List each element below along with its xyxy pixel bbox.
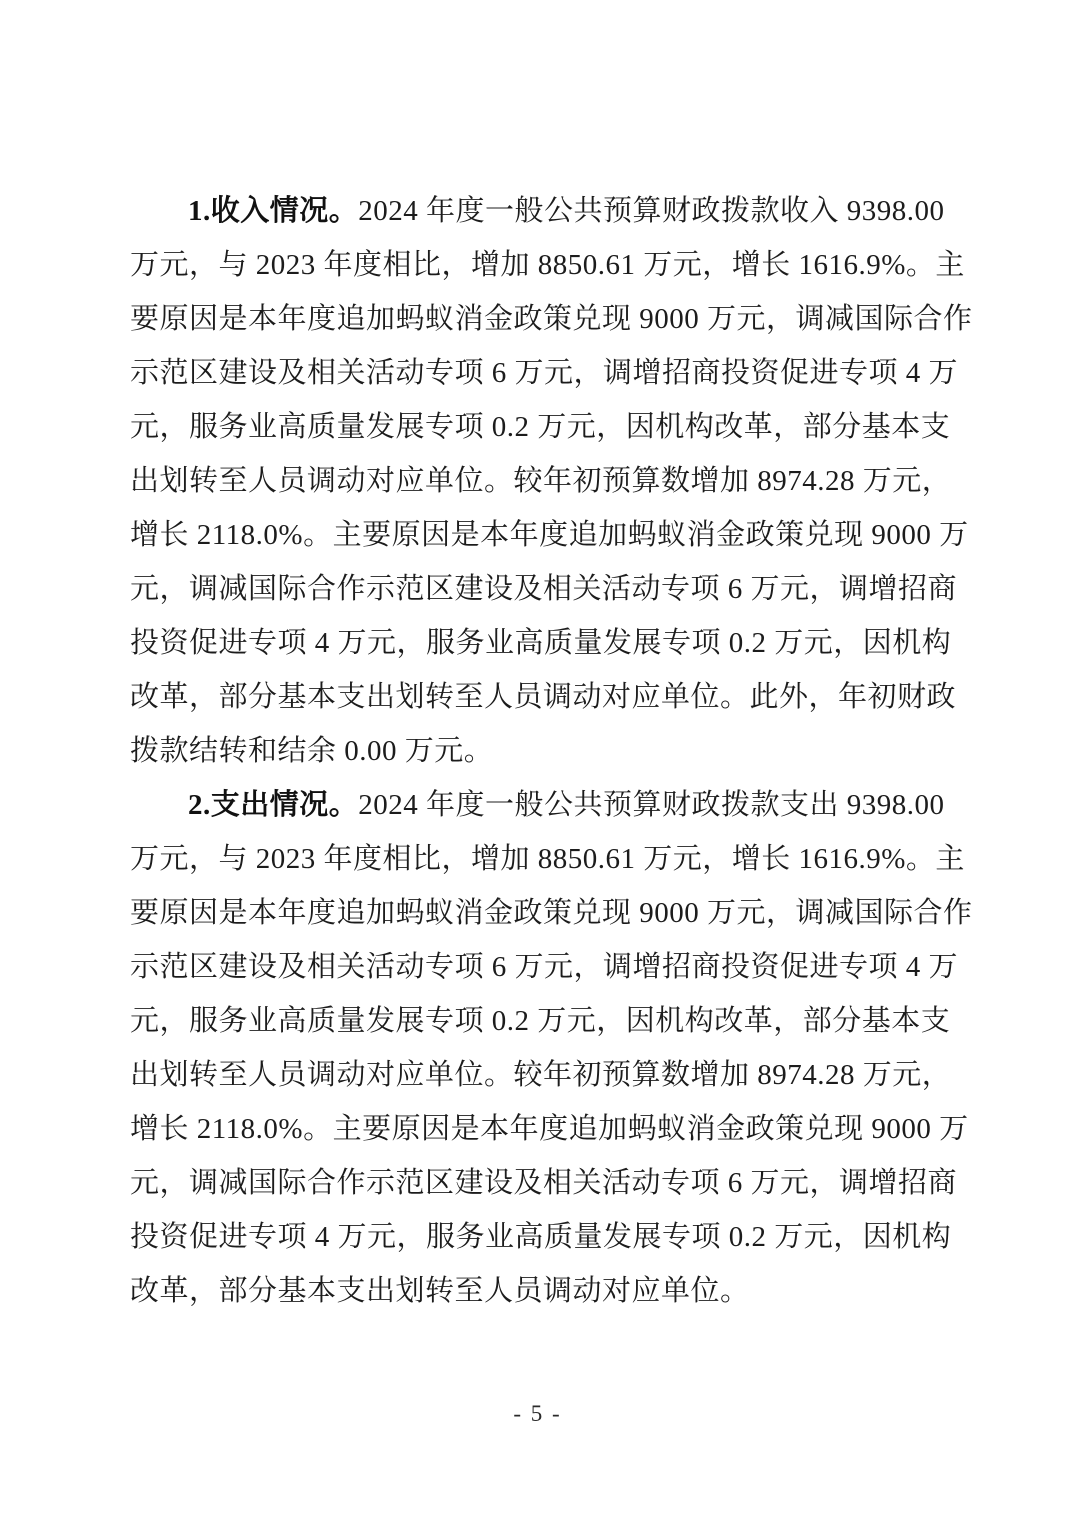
text-line: 示范区建设及相关活动专项 6 万元，调增招商投资促进专项 4 万 [130, 940, 950, 994]
text-line: 改革，部分基本支出划转至人员调动对应单位。此外，年初财政 [130, 670, 950, 724]
text-line: 要原因是本年度追加蚂蚁消金政策兑现 9000 万元，调减国际合作 [130, 886, 950, 940]
text-line: 出划转至人员调动对应单位。较年初预算数增加 8974.28 万元， [130, 1048, 950, 1102]
expenditure-first-line: 2.支出情况。2024 年度一般公共预算财政拨款支出 9398.00 [130, 778, 950, 832]
expenditure-section-heading: 2.支出情况。 [188, 789, 358, 821]
document-page: 1.收入情况。2024 年度一般公共预算财政拨款收入 9398.00 万元，与 … [0, 0, 1075, 1520]
text-line: 元，服务业高质量发展专项 0.2 万元，因机构改革，部分基本支 [130, 994, 950, 1048]
text-line: 增长 2118.0%。主要原因是本年度追加蚂蚁消金政策兑现 9000 万 [130, 508, 950, 562]
income-section-paragraph: 1.收入情况。2024 年度一般公共预算财政拨款收入 9398.00 万元，与 … [130, 184, 950, 778]
text-line: 元，调减国际合作示范区建设及相关活动专项 6 万元，调增招商 [130, 562, 950, 616]
text-line: 增长 2118.0%。主要原因是本年度追加蚂蚁消金政策兑现 9000 万 [130, 1102, 950, 1156]
text-line: 拨款结转和结余 0.00 万元。 [130, 724, 950, 778]
text-line: 改革，部分基本支出划转至人员调动对应单位。 [130, 1264, 950, 1318]
income-first-line-text: 2024 年度一般公共预算财政拨款收入 9398.00 [358, 195, 944, 227]
text-line: 投资促进专项 4 万元，服务业高质量发展专项 0.2 万元，因机构 [130, 616, 950, 670]
text-line: 示范区建设及相关活动专项 6 万元，调增招商投资促进专项 4 万 [130, 346, 950, 400]
text-line: 万元，与 2023 年度相比，增加 8850.61 万元，增长 1616.9%。… [130, 238, 950, 292]
text-line: 元，服务业高质量发展专项 0.2 万元，因机构改革，部分基本支 [130, 400, 950, 454]
document-body: 1.收入情况。2024 年度一般公共预算财政拨款收入 9398.00 万元，与 … [130, 184, 950, 1318]
income-first-line: 1.收入情况。2024 年度一般公共预算财政拨款收入 9398.00 [130, 184, 950, 238]
text-line: 要原因是本年度追加蚂蚁消金政策兑现 9000 万元，调减国际合作 [130, 292, 950, 346]
page-number: - 5 - [513, 1401, 561, 1426]
text-line: 元，调减国际合作示范区建设及相关活动专项 6 万元，调增招商 [130, 1156, 950, 1210]
page-footer: - 5 - [0, 1398, 1075, 1430]
text-line: 出划转至人员调动对应单位。较年初预算数增加 8974.28 万元， [130, 454, 950, 508]
expenditure-section-paragraph: 2.支出情况。2024 年度一般公共预算财政拨款支出 9398.00 万元，与 … [130, 778, 950, 1318]
text-line: 万元，与 2023 年度相比，增加 8850.61 万元，增长 1616.9%。… [130, 832, 950, 886]
text-line: 投资促进专项 4 万元，服务业高质量发展专项 0.2 万元，因机构 [130, 1210, 950, 1264]
income-section-heading: 1.收入情况。 [188, 195, 358, 227]
expenditure-first-line-text: 2024 年度一般公共预算财政拨款支出 9398.00 [358, 789, 944, 821]
